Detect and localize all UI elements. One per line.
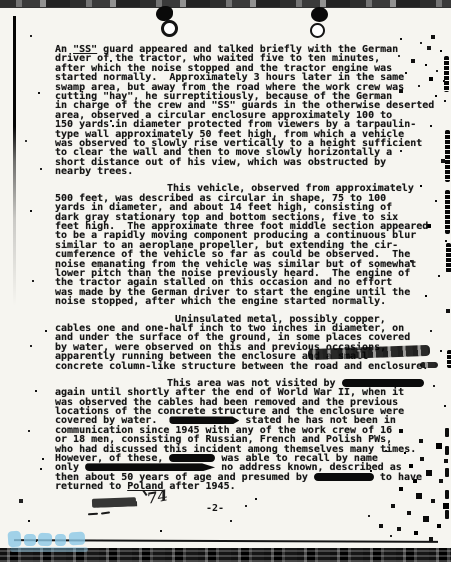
text-line: returned to Poland after 1945. [55, 482, 439, 491]
text-line: concrete column-like structure between t… [55, 362, 439, 371]
watermark-blob [55, 534, 66, 546]
redaction-bar [169, 454, 215, 462]
text-segment: returned to [55, 481, 127, 492]
edge-bleed-mark [445, 468, 449, 477]
stamp-smudge [88, 513, 98, 516]
watermark-blob [38, 533, 53, 547]
document-scan-page: An "SS" guard appeared and talked briefl… [0, 0, 451, 562]
edge-bleed-mark [447, 350, 451, 368]
paragraph-1: An "SS" guard appeared and talked briefl… [55, 45, 439, 176]
edge-bleed-mark [445, 446, 449, 455]
handwritten-number: 74 [146, 486, 170, 507]
edge-bleed-mark [446, 243, 451, 273]
top-scan-band [0, 0, 451, 8]
redaction-bar [169, 416, 239, 424]
page-number: -2- [206, 503, 224, 514]
watermark-blob [24, 534, 36, 546]
text-segment: after 1945. [163, 481, 235, 492]
hole-punch-left [161, 20, 178, 37]
paragraph-4: This area was not visited by again until… [55, 379, 439, 492]
edge-bleed-mark [445, 510, 449, 519]
hole-punch-right [310, 23, 325, 38]
edge-bleed-mark [444, 56, 449, 92]
watermark-blob [10, 547, 88, 552]
stamp-smudge [92, 497, 136, 508]
ink-smudge [420, 362, 438, 368]
left-margin-scan-line [13, 16, 16, 306]
text-line: nearby trees. [55, 167, 439, 176]
hole-punch-shadow-left [156, 6, 173, 21]
edge-bleed-mark [445, 130, 450, 182]
paragraph-3: Uninsulated metal, possibly copper, cabl… [55, 315, 439, 371]
redaction-bar [314, 473, 374, 481]
stamp-smudge [101, 511, 110, 514]
hole-punch-shadow-right [311, 7, 328, 22]
text-line: noise stopped, after which the engine st… [55, 297, 439, 306]
text-segment: to have [374, 472, 422, 483]
edge-bleed-mark [445, 490, 449, 499]
redaction-bar [85, 463, 215, 471]
noise-specks [0, 0, 2, 2]
edge-bleed-mark [445, 190, 450, 234]
redaction-bar [342, 379, 424, 387]
typed-text: An "SS" guard appeared and talked briefl… [55, 45, 439, 500]
watermark-blob [7, 531, 21, 548]
watermark-blob [69, 532, 86, 546]
edge-bleed-mark [445, 428, 449, 437]
paragraph-2: This vehicle, observed from approximatel… [55, 184, 439, 306]
